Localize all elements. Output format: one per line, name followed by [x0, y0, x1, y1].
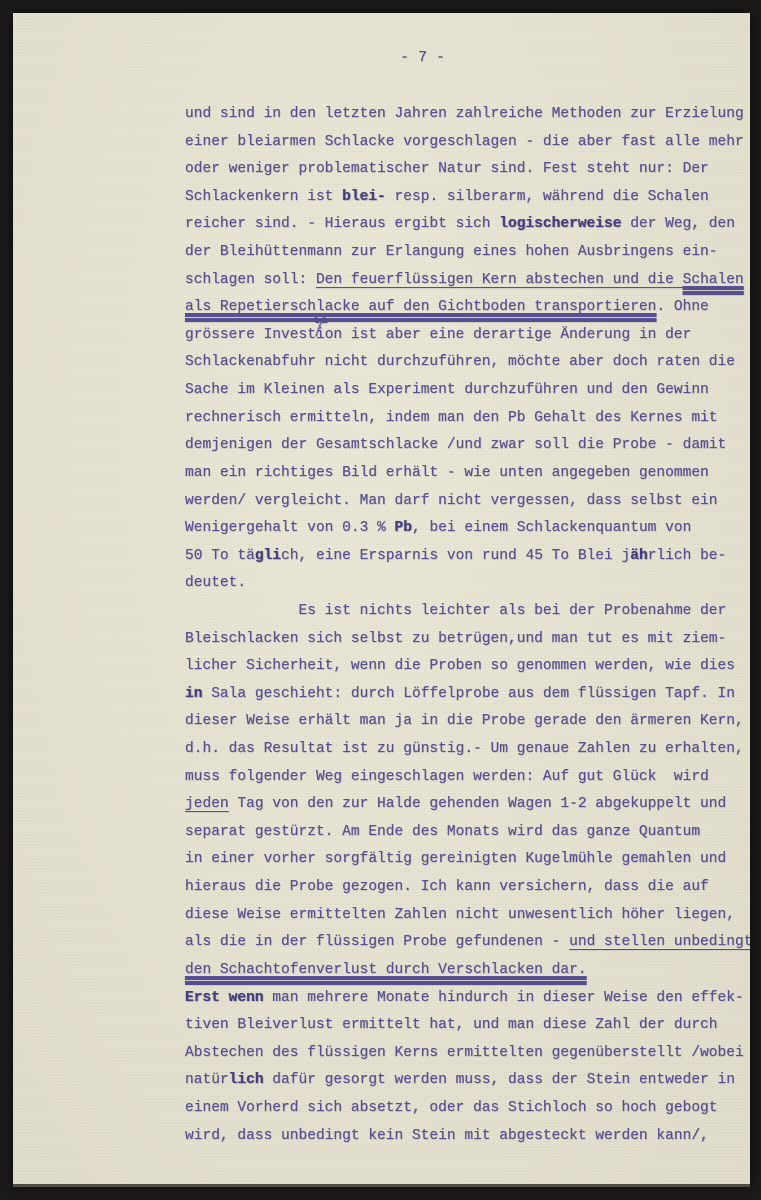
text-line: Schlackenkern ist blei- resp. silberarm,… — [185, 184, 750, 212]
text-line: 50 To täglich, eine Ersparnis von rund 4… — [185, 543, 750, 571]
text-line: Sache im Kleinen als Experiment durchzuf… — [185, 377, 750, 405]
text-line: demjenigen der Gesamtschlacke /und zwar … — [185, 432, 750, 460]
text-segment: als die in der flüssigen Probe gefundene… — [185, 934, 569, 950]
scan-background: { "page": { "number_label": "- 7 -", "co… — [0, 0, 761, 1200]
text-segment: deutet. — [185, 575, 246, 591]
text-segment: einem Vorherd sich absetzt, oder das Sti… — [185, 1100, 718, 1116]
correction-base-char: iti — [316, 322, 325, 350]
text-segment: Schalen — [683, 272, 744, 288]
text-line: in Sala geschieht: durch Löffelprobe aus… — [185, 681, 750, 709]
text-line: Wenigergehalt von 0.3 % Pb, bei einem Sc… — [185, 515, 750, 543]
text-line: oder weniger problematischer Natur sind.… — [185, 156, 750, 184]
text-segment: logischerweise — [499, 216, 621, 232]
typewritten-text: und sind in den letzten Jahren zahlreich… — [185, 101, 750, 1150]
text-segment: jeden — [185, 796, 229, 812]
text-segment: der Weg, den — [621, 216, 734, 232]
text-segment: in einer vorher sorgfältig gereinigten K… — [185, 851, 726, 867]
text-line: muss folgender Weg eingeschlagen werden:… — [185, 764, 750, 792]
text-segment: d.h. das Resultat ist zu günstig.- Um ge… — [185, 741, 744, 757]
text-segment: rechnerisch ermitteln, indem man den Pb … — [185, 410, 718, 426]
text-segment: Schlackenabfuhr nicht durchzuführen, möc… — [185, 354, 735, 370]
text-line: den Schachtofenverlust durch Verschlacke… — [185, 957, 750, 985]
text-segment: hieraus die Probe gezogen. Ich kann vers… — [185, 879, 709, 895]
text-segment: als Repetierschlacke auf den Gichtboden … — [185, 299, 656, 315]
text-line: einem Vorherd sich absetzt, oder das Sti… — [185, 1095, 750, 1123]
text-segment: dieser Weise erhält man ja in die Probe … — [185, 713, 744, 729]
text-segment: Erst wenn — [185, 990, 264, 1006]
text-segment: grössere Invest — [185, 327, 316, 343]
text-line: als Repetierschlacke auf den Gichtboden … — [185, 294, 750, 322]
text-segment: on ist aber eine derartige Änderung in d… — [325, 327, 692, 343]
text-segment: separat gestürzt. Am Ende des Monats wir… — [185, 824, 700, 840]
text-line: wird, dass unbedingt kein Stein mit abge… — [185, 1123, 750, 1151]
text-line: werden/ vergleicht. Man darf nicht verge… — [185, 488, 750, 516]
page-number: - 7 - — [400, 49, 445, 66]
text-line: separat gestürzt. Am Ende des Monats wir… — [185, 819, 750, 847]
text-segment: dafür gesorgt werden muss, dass der Stei… — [264, 1072, 735, 1088]
text-line: tiven Bleiverlust ermittelt hat, und man… — [185, 1012, 750, 1040]
text-line: grössere Investition ist aber eine derar… — [185, 322, 750, 350]
text-segment: Sache im Kleinen als Experiment durchzuf… — [185, 382, 709, 398]
text-line: licher Sicherheit, wenn die Proben so ge… — [185, 653, 750, 681]
text-line: der Bleihüttenmann zur Erlangung eines h… — [185, 239, 750, 267]
text-segment: , bei einem Schlackenquantum von — [412, 520, 691, 536]
text-line: schlagen soll: Den feuerflüssigen Kern a… — [185, 267, 750, 295]
text-segment: schlagen soll: — [185, 272, 316, 288]
scanned-document-page: - 7 - und sind in den letzten Jahren zah… — [13, 13, 750, 1184]
text-line: Erst wenn man mehrere Monate hindurch in… — [185, 985, 750, 1013]
text-segment: Pb — [395, 520, 412, 536]
text-line: d.h. das Resultat ist zu günstig.- Um ge… — [185, 736, 750, 764]
text-line: dieser Weise erhält man ja in die Probe … — [185, 708, 750, 736]
text-segment: Abstechen des flüssigen Kerns ermittelte… — [185, 1045, 744, 1061]
text-segment: resp. silberarm, während die Schalen — [386, 189, 709, 205]
text-line: rechnerisch ermitteln, indem man den Pb … — [185, 405, 750, 433]
text-segment: Wenigergehalt von 0.3 % — [185, 520, 395, 536]
text-line: als die in der flüssigen Probe gefundene… — [185, 929, 750, 957]
text-line: jeden Tag von den zur Halde gehenden Wag… — [185, 791, 750, 819]
text-segment: ch, eine Ersparnis von rund 45 To Blei j — [281, 548, 630, 564]
text-segment: der Bleihüttenmann zur Erlangung eines h… — [185, 244, 718, 260]
text-segment: 50 To tä — [185, 548, 255, 564]
text-segment: Schlackenkern ist — [185, 189, 342, 205]
text-segment: und stellen unbedingt — [569, 934, 750, 950]
text-segment: demjenigen der Gesamtschlacke /und zwar … — [185, 437, 726, 453]
text-segment: in — [185, 686, 202, 702]
text-line: Schlackenabfuhr nicht durchzuführen, möc… — [185, 349, 750, 377]
text-line: Bleischlacken sich selbst zu betrügen,un… — [185, 626, 750, 654]
text-line: man ein richtiges Bild erhält - wie unte… — [185, 460, 750, 488]
text-line: in einer vorher sorgfältig gereinigten K… — [185, 846, 750, 874]
text-segment: tiven Bleiverlust ermittelt hat, und man… — [185, 1017, 718, 1033]
text-segment: muss folgender Weg eingeschlagen werden:… — [185, 769, 709, 785]
text-line: Abstechen des flüssigen Kerns ermittelte… — [185, 1040, 750, 1068]
text-line: Es ist nichts leichter als bei der Probe… — [185, 598, 750, 626]
text-segment: blei- — [342, 189, 386, 205]
text-segment: . Ohne — [656, 299, 708, 315]
text-line: hieraus die Probe gezogen. Ich kann vers… — [185, 874, 750, 902]
text-line: natürlich dafür gesorgt werden muss, das… — [185, 1067, 750, 1095]
text-segment: wird, dass unbedingt kein Stein mit abge… — [185, 1128, 709, 1144]
text-segment: natür — [185, 1072, 229, 1088]
text-segment: und sind in den letzten Jahren zahlreich… — [185, 106, 744, 122]
text-segment: reicher sind. - Hieraus ergibt sich — [185, 216, 499, 232]
text-segment: einer bleiarmen Schlacke vorgeschlagen -… — [185, 134, 744, 150]
text-segment: Bleischlacken sich selbst zu betrügen,un… — [185, 631, 726, 647]
text-segment: man mehrere Monate hindurch in dieser We… — [264, 990, 744, 1006]
text-segment: den Schachtofenverlust durch Verschlacke… — [185, 962, 587, 978]
text-line: deutet. — [185, 570, 750, 598]
text-line: und sind in den letzten Jahren zahlreich… — [185, 101, 750, 129]
text-segment: äh — [630, 548, 647, 564]
text-segment: lich — [229, 1072, 264, 1088]
text-segment: oder weniger problematischer Natur sind.… — [185, 161, 709, 177]
text-segment: man ein richtiges Bild erhält - wie unte… — [185, 465, 709, 481]
text-segment: Tag von den zur Halde gehenden Wagen 1-2… — [229, 796, 727, 812]
text-segment: Sala geschieht: durch Löffelprobe aus de… — [202, 686, 735, 702]
text-segment: Es ist nichts leichter als bei der Probe… — [185, 603, 726, 619]
text-segment: diese Weise ermittelten Zahlen nicht unw… — [185, 907, 735, 923]
text-segment: rlich be- — [648, 548, 727, 564]
text-segment: licher Sicherheit, wenn die Proben so ge… — [185, 658, 735, 674]
text-line: reicher sind. - Hieraus ergibt sich logi… — [185, 211, 750, 239]
handwritten-insertion: ti — [313, 307, 328, 335]
text-segment: Den feuerflüssigen Kern abstechen und di… — [316, 272, 683, 288]
text-segment: gli — [255, 548, 281, 564]
text-segment: werden/ vergleicht. Man darf nicht verge… — [185, 493, 718, 509]
text-line: einer bleiarmen Schlacke vorgeschlagen -… — [185, 129, 750, 157]
text-line: diese Weise ermittelten Zahlen nicht unw… — [185, 902, 750, 930]
